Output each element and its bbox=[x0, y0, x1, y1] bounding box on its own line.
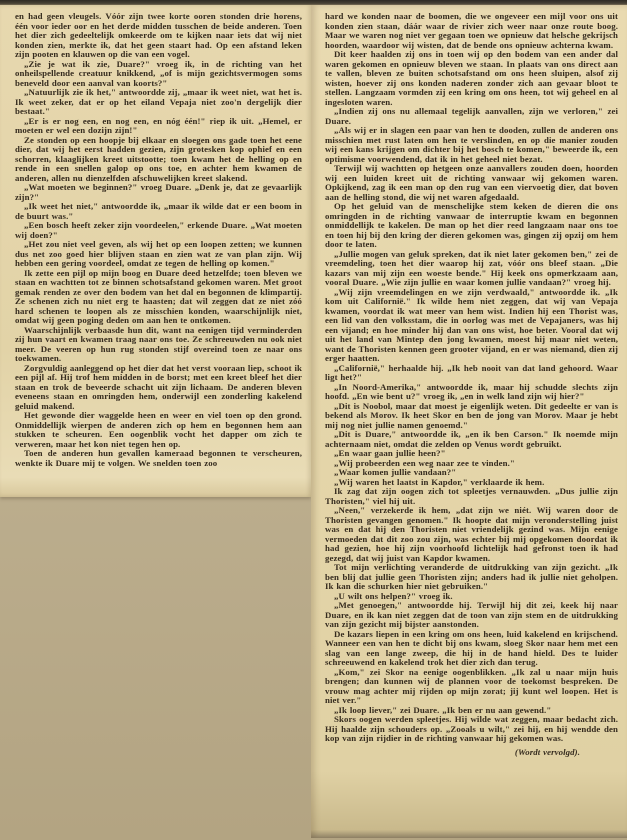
story-paragraph: „Wat moeten we beginnen?" vroeg Duare. „… bbox=[15, 183, 302, 202]
right-column: hard we konden naar de boomen, die we on… bbox=[311, 5, 627, 838]
story-paragraph: Ze stonden op een hoopje bij elkaar en s… bbox=[15, 136, 302, 184]
story-paragraph: Terwijl wij wachtten op hetgeen onze aan… bbox=[325, 164, 618, 202]
story-paragraph: Ik zette een pijl op mijn boog en Duare … bbox=[15, 269, 302, 326]
continuation-notice: (Wordt vervolgd). bbox=[325, 748, 580, 758]
story-paragraph: Zorgvuldig aanleggend op het dier dat he… bbox=[15, 364, 302, 412]
story-paragraph: Tot mijn verlichting veranderde de uitdr… bbox=[325, 563, 618, 592]
story-paragraph: „Met genoegen," antwoordde hij. Terwijl … bbox=[325, 601, 618, 630]
story-paragraph: „Wij zijn vreemdelingen en we zijn verdw… bbox=[325, 288, 618, 364]
story-paragraph: „Californië," herhaalde hij. „Ik heb noo… bbox=[325, 364, 618, 383]
story-paragraph: „Een bosch heeft zeker zijn voordeelen,"… bbox=[15, 221, 302, 240]
story-paragraph: „Zie je wat ik zie, Duare?" vroeg ik, in… bbox=[15, 60, 302, 89]
story-paragraph: „Het zou niet veel geven, als wij het op… bbox=[15, 240, 302, 269]
story-paragraph: „Jullie mogen van geluk spreken, dat ik … bbox=[325, 250, 618, 288]
story-paragraph: en had geen vleugels. Vóór zijn twee kor… bbox=[15, 12, 302, 60]
story-paragraph: Het gewonde dier waggelde heen en weer e… bbox=[15, 411, 302, 449]
story-paragraph: „Kom," zei Skor na eenige oogenblikken. … bbox=[325, 668, 618, 706]
story-paragraph: „Indien zij ons nu allemaal tegelijk aan… bbox=[325, 107, 618, 126]
left-column: en had geen vleugels. Vóór zijn twee kor… bbox=[0, 5, 311, 497]
story-paragraph: „Neen," verzekerde ik hem, „dat zijn we … bbox=[325, 506, 618, 563]
story-paragraph: „Natuurlijk zie ik het," antwoordde zij,… bbox=[15, 88, 302, 117]
story-paragraph: „Er is er nog een, en nog een, en nóg éé… bbox=[15, 117, 302, 136]
story-paragraph: Op het geluid van de menschelijke stem k… bbox=[325, 202, 618, 250]
story-paragraph: „In Noord-Amerika," antwoordde ik, maar … bbox=[325, 383, 618, 402]
story-paragraph: Skors oogen werden spleetjes. Hij wilde … bbox=[325, 715, 618, 744]
story-paragraph: Ik zag dat zijn oogen zich tot spleetjes… bbox=[325, 487, 618, 506]
story-paragraph: Waarschijnlijk verbaasde hun dit, want n… bbox=[15, 326, 302, 364]
story-paragraph: „Dit is Noobol, maar dat moest je eigenl… bbox=[325, 402, 618, 431]
story-paragraph: Dit keer haalden zij ons in toen wij op … bbox=[325, 50, 618, 107]
story-paragraph: hard we konden naar de boomen, die we on… bbox=[325, 12, 618, 50]
story-paragraph: „Als wij er in slagen een paar van hen t… bbox=[325, 126, 618, 164]
story-paragraph: De kazars liepen in een kring om ons hee… bbox=[325, 630, 618, 668]
story-paragraph: Toen de anderen hun gevallen kameraad be… bbox=[15, 449, 302, 468]
story-paragraph: „Ik weet het niet," antwoordde ik, „maar… bbox=[15, 202, 302, 221]
story-paragraph: „Dit is Duare," antwoordde ik, „en ik be… bbox=[325, 430, 618, 449]
